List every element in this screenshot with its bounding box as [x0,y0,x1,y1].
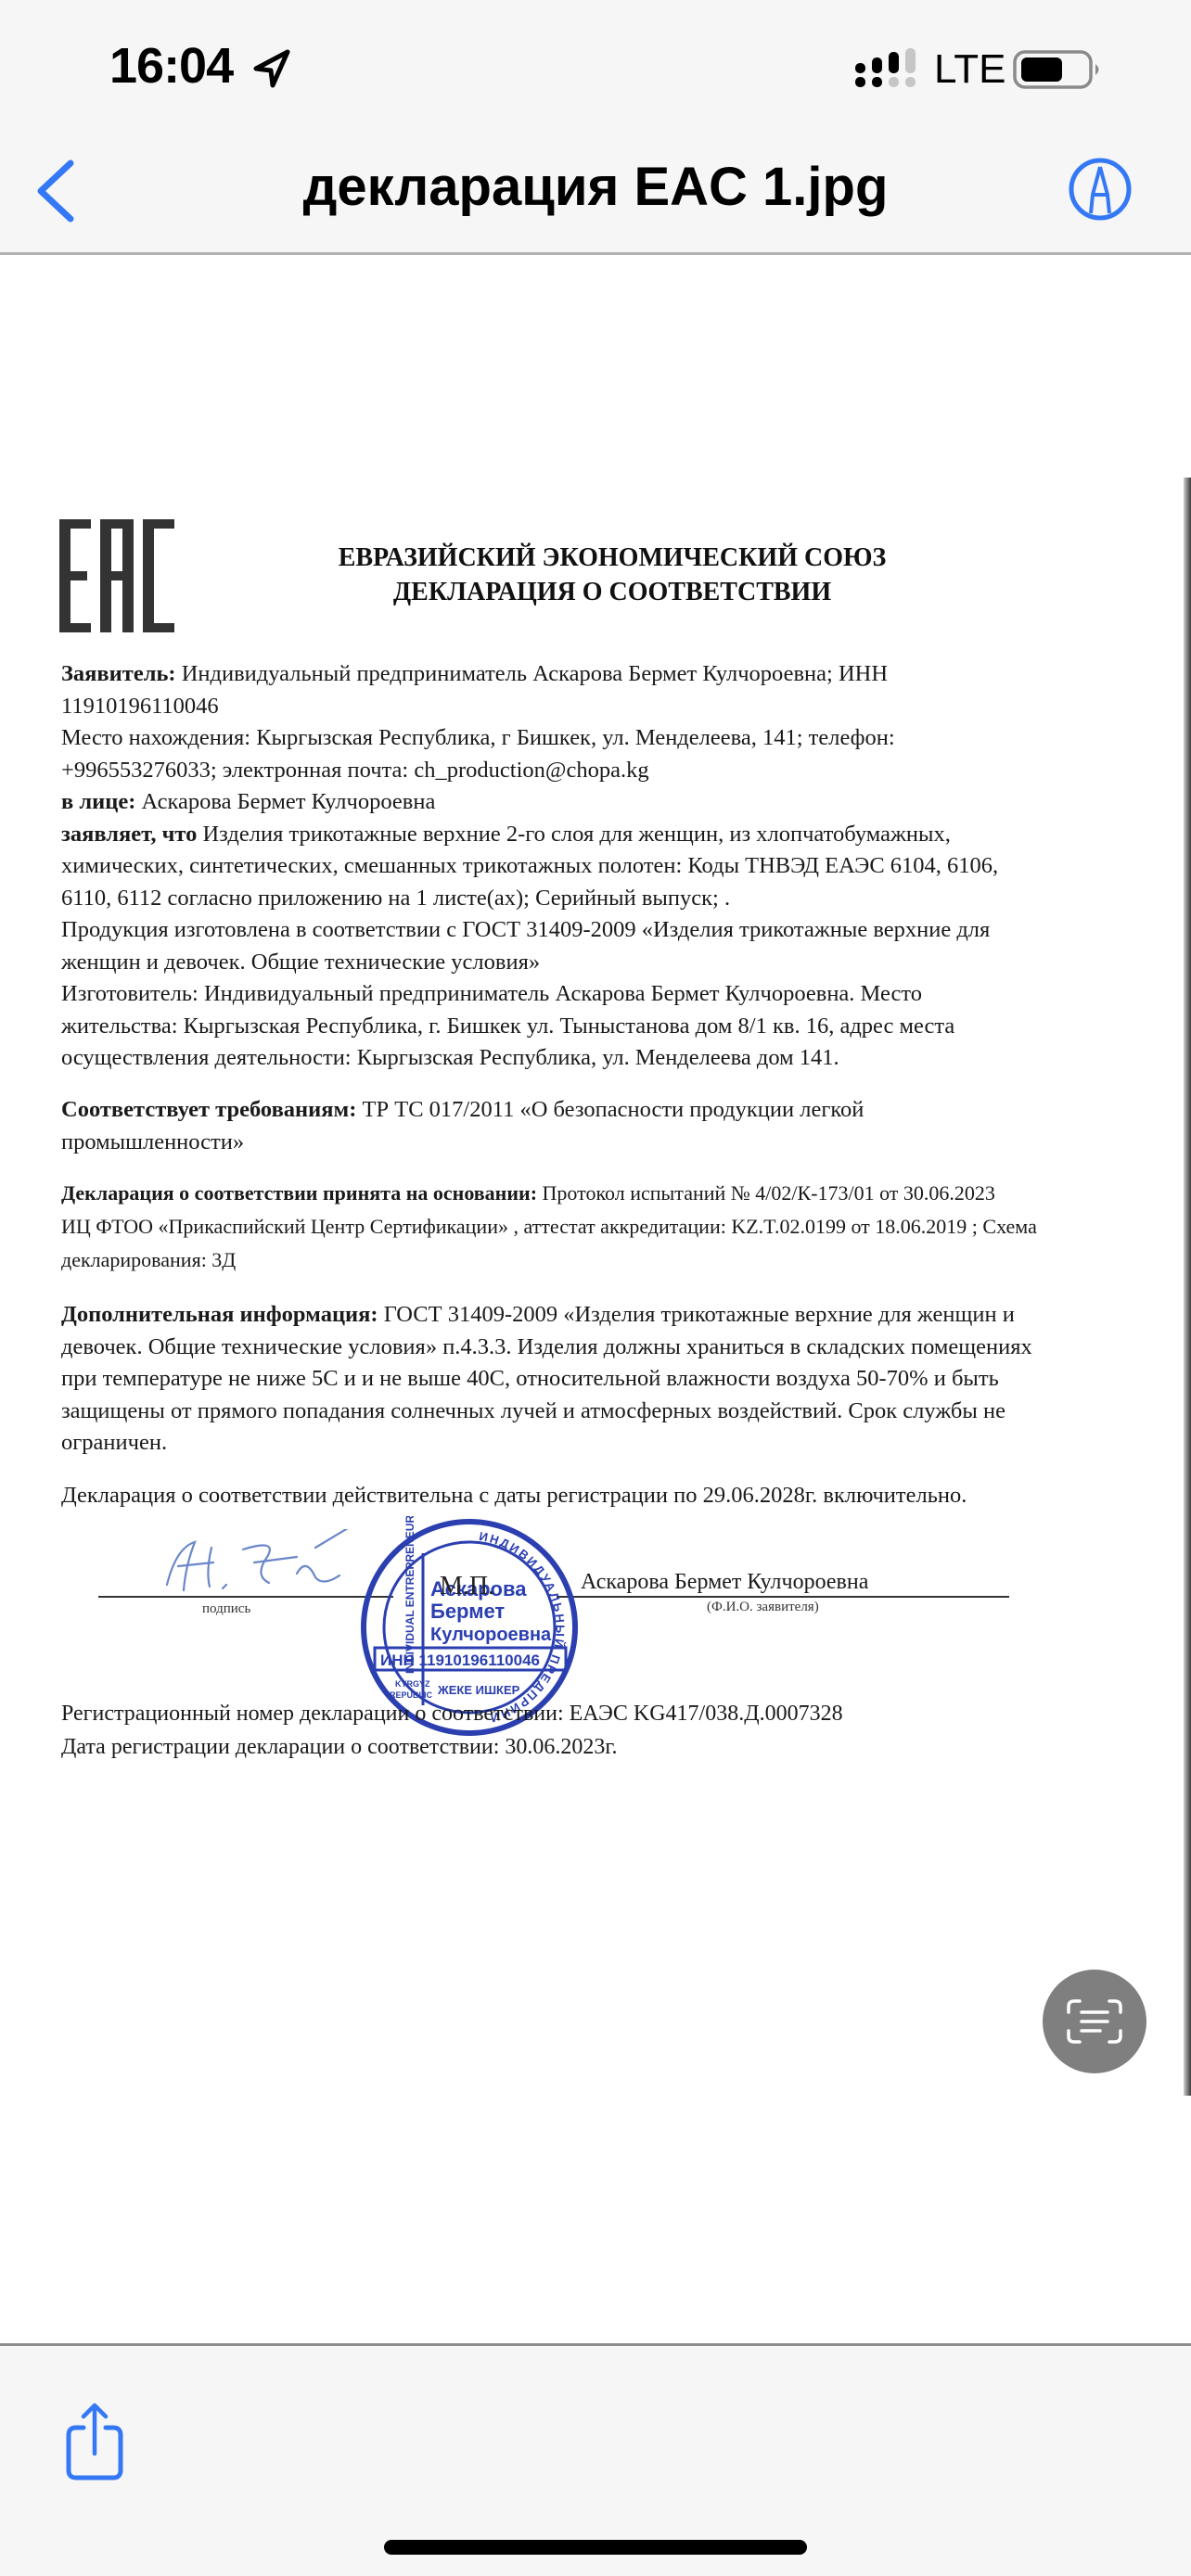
person-name: Аскарова Бермет Кулчороевна [135,789,435,814]
document-title: декларация EAC 1.jpg [0,156,1191,218]
applicant-inn: 11910196110046 [61,691,1091,723]
additional-text: ГОСТ 31409-2009 «Изделия трикотажные вер… [378,1302,1015,1327]
declares-line-5: женщин и девочек. Общие технические усло… [61,947,1091,979]
declares-line-2: химических, синтетических, смешанных три… [61,850,1091,883]
basis-label: Декларация о соответствии принята на осн… [61,1181,537,1205]
manufacturer-line-1: Изготовитель: Индивидуальный предпринима… [61,978,1091,1011]
live-text-scan-icon [1043,1970,1146,2073]
handwritten-signature [158,1529,380,1603]
additional-info-section: Дополнительная информация: ГОСТ 31409-20… [61,1299,1091,1460]
declares-label: заявляет, что [61,822,197,847]
applicant-signature-name: Аскарова Бермет Кулчороевна [581,1570,868,1595]
declares-line-3: 6110, 6112 согласно приложению на 1 лист… [61,883,1091,915]
applicant-section: Заявитель: Индивидуальный предпринимател… [61,658,1091,1075]
stamp-inn: ИНН 11910196110046 [380,1651,540,1669]
additional-label: Дополнительная информация: [61,1302,378,1327]
basis-text: Протокол испытаний № 4/02/К-173/01 от 30… [537,1181,995,1205]
validity-text: Декларация о соответствии действительна … [61,1480,1091,1512]
registration-number: Регистрационный номер декларации о соотв… [61,1697,1091,1730]
top-bar: 16:04 LTE декларация EAC 1.jpg [0,0,1191,255]
declares-line-4: Продукция изготовлена в соответствии с Г… [61,914,1091,947]
status-time: 16:04 [109,37,233,95]
share-button[interactable] [56,2402,134,2485]
manufacturer-line-2: жительства: Кыргызская Республика, г. Би… [61,1011,1091,1043]
document-image: ЕВРАЗИЙСКИЙ ЭКОНОМИЧЕСКИЙ СОЮЗ ДЕКЛАРАЦИ… [0,255,1191,2341]
validity-section: Декларация о соответствии действительна … [61,1480,1091,1512]
scan-edge [1184,478,1191,2096]
registration-section: Регистрационный номер декларации о соотв… [61,1697,1091,1764]
basis-section: Декларация о соответствии принята на осн… [61,1177,1091,1277]
stamp-name-2: Бермет [430,1600,505,1623]
applicant-label: Заявитель: [61,661,176,686]
heading-declaration: ДЕКЛАРАЦИЯ О СООТВЕТСТВИИ [306,575,918,609]
requirements-section: Соответствует требованиям: ТР ТС 017/201… [61,1094,1091,1158]
live-text-button[interactable] [1043,1970,1146,2073]
stamp-country-1: KYRGYZ [395,1679,430,1689]
document-heading: ЕВРАЗИЙСКИЙ ЭКОНОМИЧЕСКИЙ СОЮЗ ДЕКЛАРАЦИ… [306,541,918,609]
signature-caption: подпись [202,1601,250,1617]
signature-line [98,1596,393,1598]
name-line [557,1596,1009,1598]
location-arrow-icon [250,48,293,91]
home-indicator [384,2540,807,2555]
markup-pen-icon[interactable] [1067,156,1133,223]
stamp-place-label: М.П. [440,1572,494,1601]
registration-date: Дата регистрации декларации о соответств… [61,1730,1091,1764]
basis-line-3: декларирования: 3Д [61,1243,1091,1277]
eac-logo [59,519,174,632]
person-label: в лице: [61,789,135,814]
manufacturer-line-3: осуществления деятельности: Кыргызская Р… [61,1042,1091,1075]
battery-icon [1013,50,1104,89]
heading-union: ЕВРАЗИЙСКИЙ ЭКОНОМИЧЕСКИЙ СОЮЗ [306,541,918,575]
basis-line-2: ИЦ ФТОО «Прикаспийский Центр Сертификаци… [61,1210,1091,1243]
additional-line-3: при температуре не ниже 5С и и не выше 4… [61,1363,1091,1396]
requirements-line-2: промышленности» [61,1127,1091,1159]
name-caption: (Ф.И.О. заявителя) [707,1600,819,1615]
additional-line-5: ограничен. [61,1427,1091,1460]
applicant-text: Индивидуальный предприниматель Аскарова … [176,661,888,686]
applicant-address: Место нахождения: Кыргызская Республика,… [61,722,1091,755]
declares-text: Изделия трикотажные верхние 2-го слоя дл… [197,822,950,847]
additional-line-2: девочек. Общие технические условия» п.4.… [61,1332,1091,1364]
network-type: LTE [934,46,1005,93]
stamp-bottom-text: ЖЕКЕ ИШКЕР [437,1683,520,1697]
requirements-text: ТР ТС 017/2011 «О безопасности продукции… [356,1097,864,1122]
additional-line-4: защищены от прямого попадания солнечных … [61,1396,1091,1428]
stamp-name-3: Кулчороевна [430,1625,552,1645]
cellular-signal-icon [855,48,916,89]
requirements-label: Соответствует требованиям: [61,1097,356,1122]
applicant-contacts: +996553276033; электронная почта: ch_pro… [61,755,1091,787]
bottom-toolbar [0,2343,1191,2576]
stamp-side-text: INDIVIDUAL ENTREPRENEUR [403,1516,416,1674]
